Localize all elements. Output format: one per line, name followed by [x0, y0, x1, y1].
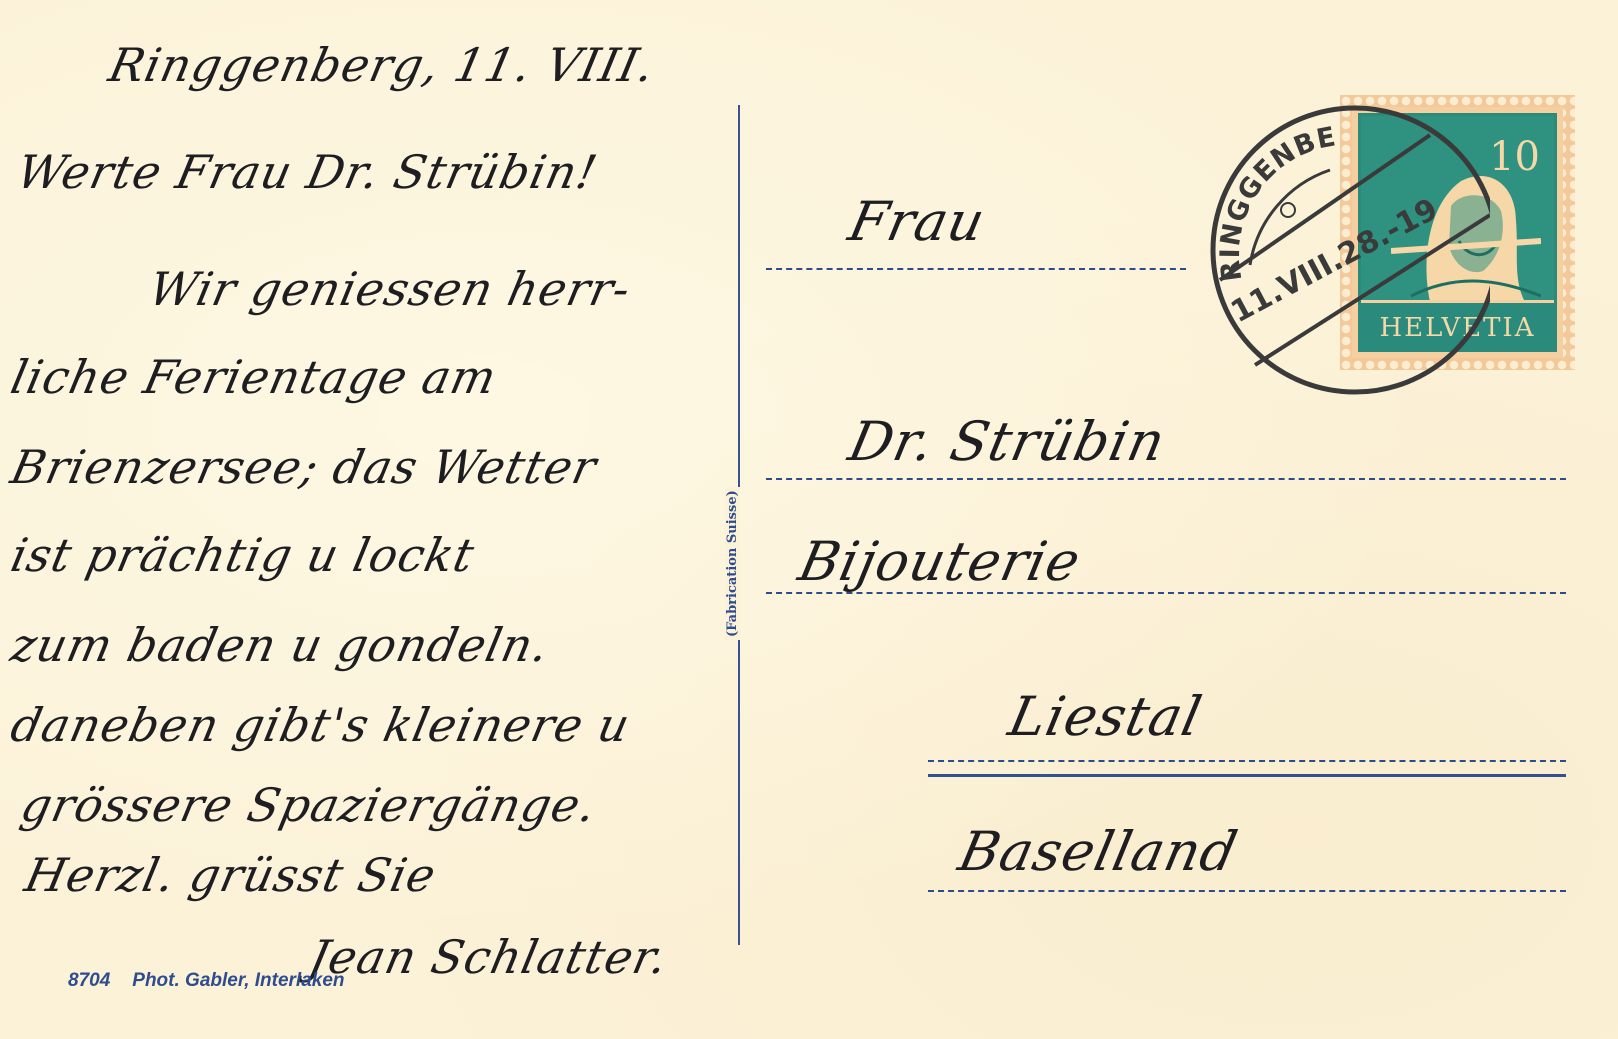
stamp-frame: 10 HELVETIA — [1358, 113, 1557, 352]
message-line-5: zum baden u gondeln. — [6, 618, 554, 672]
postage-stamp: 10 HELVETIA — [1340, 95, 1575, 370]
message-line-8: Herzl. grüsst Sie — [20, 848, 441, 902]
address-rule-4 — [928, 760, 1566, 762]
message-line-2: liche Ferientage am — [6, 350, 502, 404]
svg-text:RINGGENBERG: RINGGENBERG — [1190, 95, 1339, 283]
message-line-4: ist prächtig u lockt — [6, 528, 479, 582]
photographer-credit: Phot. Gabler, Interlaken — [132, 970, 344, 991]
stamp-value: 10 — [1489, 134, 1540, 180]
message-line-6: daneben gibt's kleinere u — [6, 698, 635, 752]
swiss-cross-icon — [1281, 203, 1295, 217]
address-line-4: Liestal — [1003, 685, 1207, 748]
address-rule-solid — [928, 774, 1566, 777]
publisher-credit: 8704Phot. Gabler, Interlaken — [68, 970, 367, 992]
message-line-1: Wir geniessen herr- — [144, 262, 636, 316]
address-line-2: Dr. Strübin — [843, 410, 1171, 473]
address-rule-5 — [928, 890, 1566, 892]
address-line-3: Bijouterie — [793, 530, 1086, 593]
address-rule-1 — [766, 268, 1186, 270]
address-rule-2 — [766, 478, 1566, 480]
message-line-3: Brienzersee; das Wetter — [6, 440, 601, 494]
salutation: Werte Frau Dr. Strübin! — [12, 145, 602, 199]
card-number: 8704 — [68, 970, 110, 991]
fabrication-label: (Fabrication Suisse) — [725, 487, 740, 640]
message-line-7: grössere Spaziergänge. — [16, 778, 601, 832]
place-date: Ringgenberg, 11. VIII. — [104, 38, 660, 92]
stamp-country: HELVETIA — [1361, 313, 1554, 343]
postcard-back: Ringgenberg, 11. VIII. Werte Frau Dr. St… — [0, 0, 1618, 1039]
postmark-place: RINGGENBERG — [1190, 95, 1339, 283]
address-line-5: Baselland — [953, 820, 1243, 883]
address-line-1: Frau — [843, 190, 991, 253]
